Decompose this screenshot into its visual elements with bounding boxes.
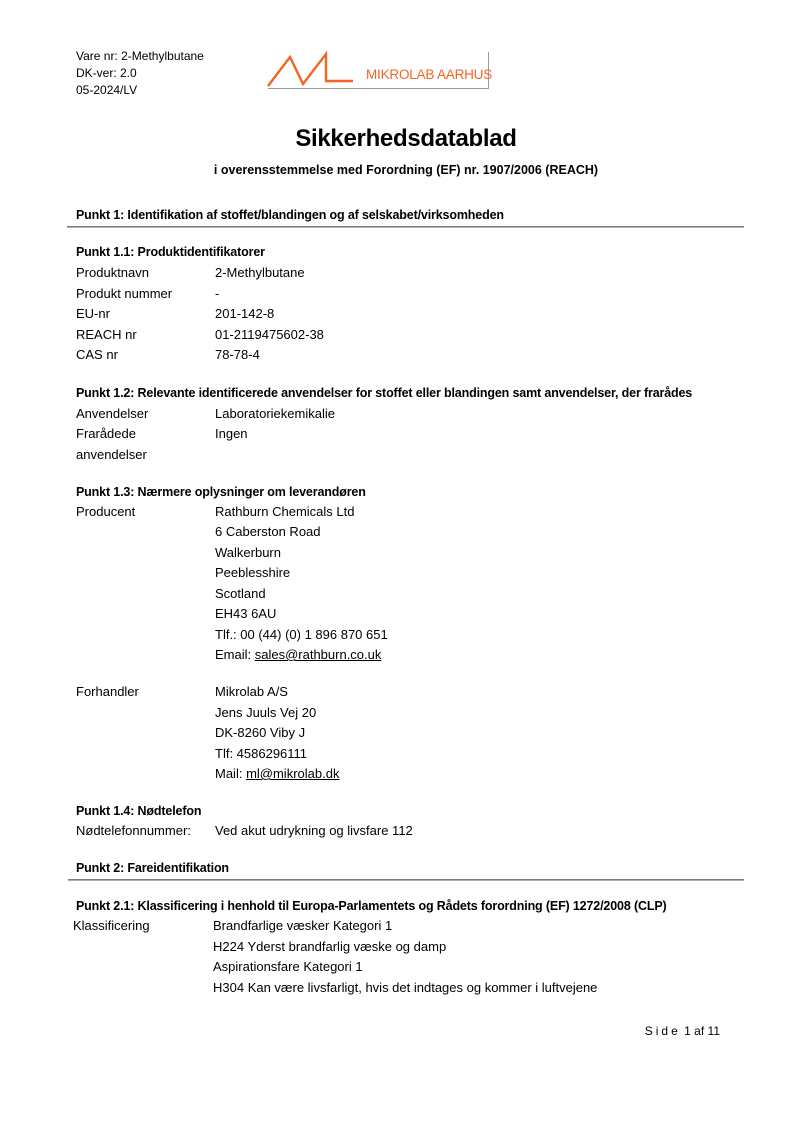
field-label: Producent	[76, 502, 135, 523]
uses-value: Laboratoriekemikalie	[215, 404, 335, 425]
dealer-line: Jens Juuls Vej 20	[215, 703, 316, 724]
section-2-heading: Punkt 2: Fareidentifikation	[76, 861, 229, 875]
section-divider	[67, 226, 744, 228]
section-1-1-heading: Punkt 1.1: Produktidentifikatorer	[76, 245, 265, 259]
total-pages: 11	[708, 1024, 720, 1038]
field-label: EU-nr	[76, 304, 110, 325]
section-1-heading: Punkt 1: Identifikation af stoffet/bland…	[76, 208, 504, 222]
emergency-phone-value: Ved akut udrykning og livsfare 112	[215, 821, 413, 842]
producer-phone: Tlf.: 00 (44) (0) 1 896 870 651	[215, 625, 388, 646]
producer-line: EH43 6AU	[215, 604, 276, 625]
product-name: 2-Methylbutane	[215, 263, 305, 284]
dealer-email-link[interactable]: ml@mikrolab.dk	[246, 766, 339, 781]
section-1-4-heading: Punkt 1.4: Nødtelefon	[76, 804, 201, 818]
section-divider	[68, 879, 744, 881]
field-label: Produkt nummer	[76, 284, 172, 305]
section-1-2-heading: Punkt 1.2: Relevante identificerede anve…	[76, 386, 692, 400]
email-prefix: Mail:	[215, 766, 246, 781]
field-label: Klassificering	[73, 916, 150, 937]
document-title: Sikkerhedsdatablad	[0, 125, 794, 153]
of-label: af	[694, 1024, 704, 1038]
dk-version: DK-ver: 2.0	[76, 65, 137, 81]
document-subtitle: i overensstemmelse med Forordning (EF) n…	[0, 163, 794, 177]
dealer-phone: Tlf: 4586296111	[215, 744, 307, 765]
producer-line: Walkerburn	[215, 543, 281, 564]
producer-line: Scotland	[215, 584, 266, 605]
product-number: -	[215, 284, 219, 305]
section-1-3-heading: Punkt 1.3: Nærmere oplysninger om levera…	[76, 485, 366, 499]
advised-against-value: Ingen	[215, 424, 248, 445]
logo-text: MIKROLAB AARHUS	[366, 67, 492, 82]
classification-line: Aspirationsfare Kategori 1	[213, 957, 363, 978]
reach-number: 01-2119475602-38	[215, 325, 324, 346]
producer-email-link[interactable]: sales@rathburn.co.uk	[255, 647, 382, 662]
field-label: CAS nr	[76, 345, 118, 366]
side-label: Side	[645, 1024, 681, 1038]
field-label: Forhandler	[76, 682, 139, 703]
page-number: Side 1 af 11	[645, 1024, 720, 1038]
field-label: REACH nr	[76, 325, 137, 346]
producer-line: 6 Caberston Road	[215, 522, 321, 543]
classification-line: H224 Yderst brandfarlig væske og damp	[213, 937, 446, 958]
eu-number: 201-142-8	[215, 304, 274, 325]
dealer-email-line: Mail: ml@mikrolab.dk	[215, 764, 339, 785]
producer-line: Rathburn Chemicals Ltd	[215, 502, 354, 523]
current-page: 1	[684, 1024, 691, 1038]
dealer-line: DK-8260 Viby J	[215, 723, 305, 744]
classification-line: H304 Kan være livsfarligt, hvis det indt…	[213, 978, 597, 999]
revision-date: 05-2024/LV	[76, 82, 137, 98]
cas-number: 78-78-4	[215, 345, 260, 366]
field-label: anvendelser	[76, 445, 147, 466]
field-label: Nødtelefonnummer:	[76, 821, 191, 842]
email-prefix: Email:	[215, 647, 255, 662]
classification-line: Brandfarlige væsker Kategori 1	[213, 916, 392, 937]
section-2-1-heading: Punkt 2.1: Klassificering i henhold til …	[76, 899, 667, 913]
item-number: Vare nr: 2-Methylbutane	[76, 48, 204, 64]
field-label: Frarådede	[76, 424, 136, 445]
field-label: Produktnavn	[76, 263, 149, 284]
producer-email-line: Email: sales@rathburn.co.uk	[215, 645, 381, 666]
producer-line: Peeblesshire	[215, 563, 290, 584]
dealer-line: Mikrolab A/S	[215, 682, 288, 703]
field-label: Anvendelser	[76, 404, 148, 425]
